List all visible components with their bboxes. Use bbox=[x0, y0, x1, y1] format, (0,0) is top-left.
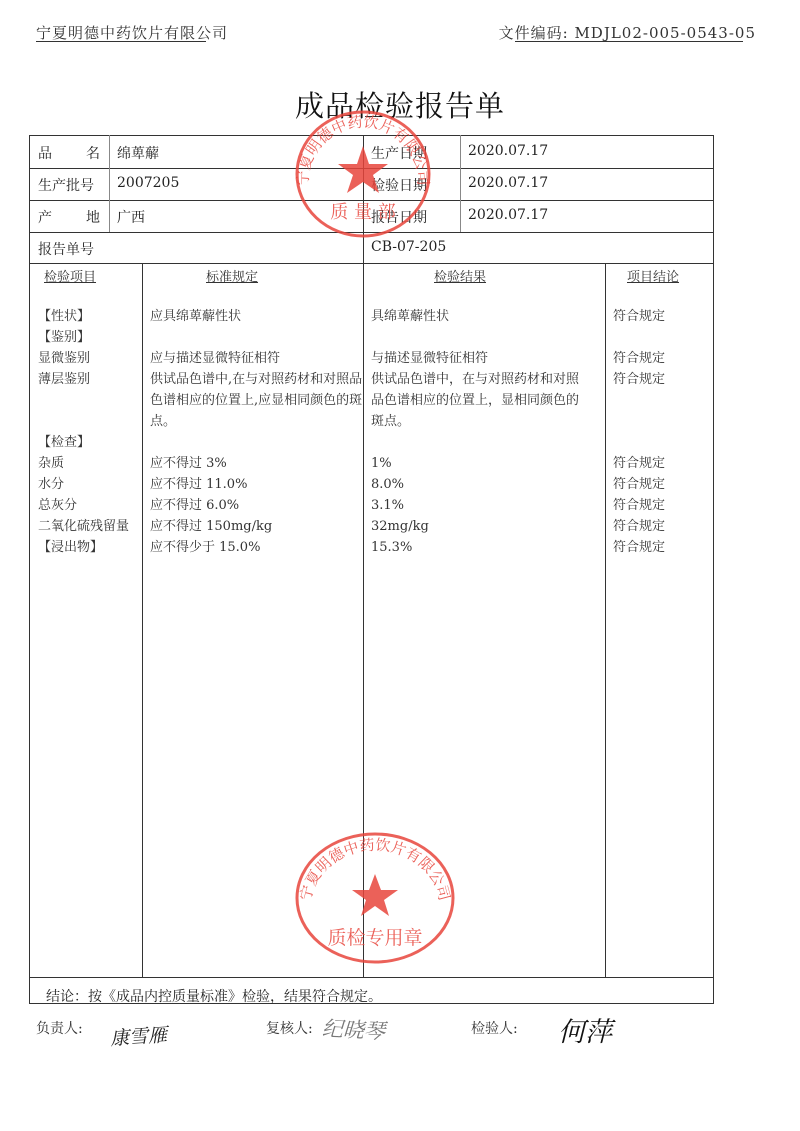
column-header-standard: 标准规定 bbox=[206, 266, 258, 285]
divider bbox=[29, 200, 714, 201]
header-rule-left bbox=[36, 41, 206, 42]
row-result: 8.0% bbox=[371, 474, 404, 495]
row-result: 3.1% bbox=[371, 495, 404, 516]
row-result: 供试品色谱中，在与对照药材和对照品色谱相应的位置上，显相同颜色的斑点。 bbox=[371, 369, 586, 432]
report-date-label: 报告日期 bbox=[371, 207, 427, 227]
row-item: 【性状】 bbox=[38, 306, 90, 327]
report-table bbox=[29, 135, 714, 1004]
row-item: 【鉴别】 bbox=[38, 327, 90, 348]
divider bbox=[29, 168, 714, 169]
row-item: 【检查】 bbox=[38, 432, 90, 453]
row-standard: 应具绵萆薢性状 bbox=[150, 306, 241, 327]
row-item: 总灰分 bbox=[38, 495, 77, 516]
origin-value: 广西 bbox=[117, 207, 145, 227]
responsible-signature: 康雪雁 bbox=[109, 1020, 168, 1051]
row-result: 15.3% bbox=[371, 537, 412, 558]
row-item: 显微鉴别 bbox=[38, 348, 90, 369]
page-title: 成品检验报告单 bbox=[0, 84, 800, 125]
row-result: 32mg/kg bbox=[371, 516, 429, 537]
divider bbox=[29, 232, 714, 233]
row-standard: 应不得过 11.0% bbox=[150, 474, 247, 495]
row-item: 薄层鉴别 bbox=[38, 369, 90, 390]
row-conclusion: 符合规定 bbox=[613, 537, 665, 558]
production-date-value: 2020.07.17 bbox=[468, 143, 548, 159]
row-conclusion: 符合规定 bbox=[613, 495, 665, 516]
report-date-value: 2020.07.17 bbox=[468, 207, 548, 223]
row-standard: 应不得过 6.0% bbox=[150, 495, 239, 516]
product-name-value: 绵萆薢 bbox=[117, 143, 159, 163]
row-result: 具绵萆薢性状 bbox=[371, 306, 449, 327]
row-item: 【浸出物】 bbox=[38, 537, 103, 558]
row-item: 二氧化硫残留量 bbox=[38, 516, 129, 537]
row-conclusion: 符合规定 bbox=[613, 474, 665, 495]
divider bbox=[460, 135, 461, 232]
row-standard: 应不得过 3% bbox=[150, 453, 227, 474]
divider bbox=[605, 263, 606, 977]
reviewer-label: 复核人: bbox=[266, 1018, 313, 1038]
test-date-value: 2020.07.17 bbox=[468, 175, 548, 191]
overall-conclusion: 结论：按《成品内控质量标准》检验，结果符合规定。 bbox=[46, 986, 382, 1006]
divider bbox=[29, 977, 714, 978]
row-result: 与描述显微特征相符 bbox=[371, 348, 488, 369]
inspector-label: 检验人: bbox=[471, 1018, 518, 1038]
divider bbox=[29, 263, 714, 264]
column-header-item: 检验项目 bbox=[44, 266, 96, 285]
row-standard: 应不得过 150mg/kg bbox=[150, 516, 272, 537]
responsible-label: 负责人: bbox=[36, 1018, 83, 1038]
batch-label: 生产批号 bbox=[38, 175, 94, 195]
test-date-label: 检验日期 bbox=[371, 175, 427, 195]
origin-label: 产地 bbox=[38, 207, 100, 227]
row-item: 水分 bbox=[38, 474, 64, 495]
divider bbox=[363, 135, 364, 977]
column-header-result: 检验结果 bbox=[434, 266, 486, 285]
company-name: 宁夏明德中药饮片有限公司 bbox=[36, 22, 228, 42]
batch-value: 2007205 bbox=[117, 175, 179, 191]
row-conclusion: 符合规定 bbox=[613, 348, 665, 369]
report-number-value: CB-07-205 bbox=[371, 239, 446, 255]
row-standard: 应与描述显微特征相符 bbox=[150, 348, 280, 369]
header-rule-right bbox=[515, 41, 743, 42]
column-header-conclusion: 项目结论 bbox=[627, 266, 679, 285]
reviewer-signature: 纪晓琴 bbox=[321, 1012, 385, 1045]
row-standard: 供试品色谱中,在与对照药材和对照品色谱相应的位置上,应显相同颜色的斑点。 bbox=[150, 369, 365, 432]
production-date-label: 生产日期 bbox=[371, 143, 427, 163]
product-name-label: 品名 bbox=[38, 143, 100, 163]
row-item: 杂质 bbox=[38, 453, 64, 474]
row-standard: 应不得少于 15.0% bbox=[150, 537, 260, 558]
page-header: 宁夏明德中药饮片有限公司 文件编码: MDJL02-005-0543-05 bbox=[0, 0, 800, 42]
row-result: 1% bbox=[371, 453, 392, 474]
row-conclusion: 符合规定 bbox=[613, 453, 665, 474]
divider bbox=[142, 263, 143, 977]
row-conclusion: 符合规定 bbox=[613, 369, 665, 390]
report-number-label: 报告单号 bbox=[38, 239, 94, 259]
row-conclusion: 符合规定 bbox=[613, 516, 665, 537]
document-code: 文件编码: MDJL02-005-0543-05 bbox=[499, 22, 756, 42]
inspector-signature: 何萍 bbox=[558, 1010, 612, 1049]
divider bbox=[109, 135, 110, 232]
row-conclusion: 符合规定 bbox=[613, 306, 665, 327]
